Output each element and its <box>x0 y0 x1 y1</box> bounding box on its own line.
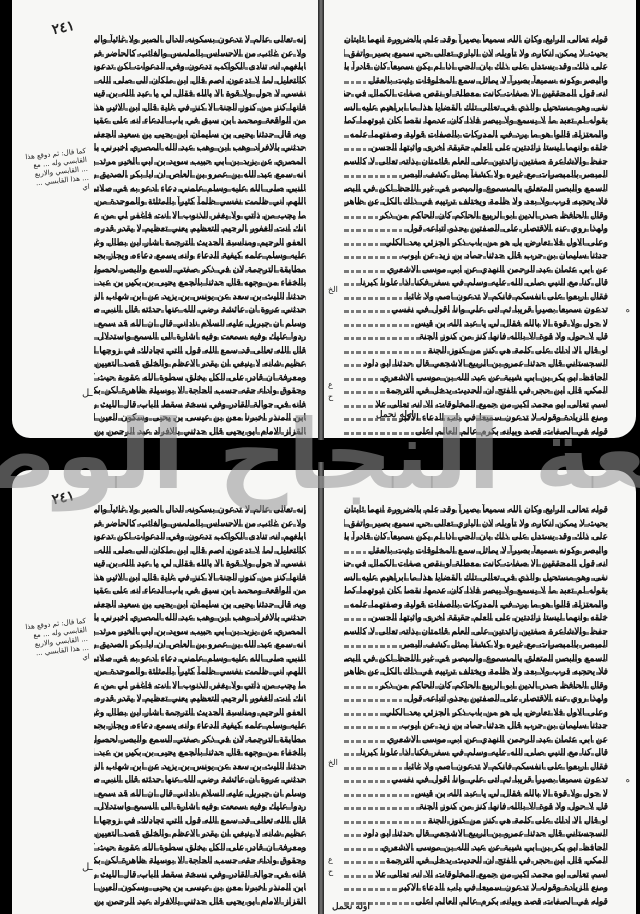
manuscript-line: وبه قال حدثنا يحيى بن سليمان ابن يحيى بن… <box>94 129 306 141</box>
manuscript-line: ولا عن غائب من الاحساس بالملمس والغائب ك… <box>94 48 306 60</box>
left-page: ٢٤١ كما قال: ثم دوقع هذا القابسي وله ...… <box>12 470 318 914</box>
manuscript-line: نفسي لا حول ولا قوة الا بالله فقال لي يا… <box>94 558 306 570</box>
manuscript-line: عن ابي عثمان عبد الرحمن النهدي عن ابي مو… <box>344 734 608 746</box>
text-block: قوله تعالى الرابع وكان الله سميعاً بصيرا… <box>344 504 608 909</box>
leaf-mark: ـل <box>82 862 93 873</box>
manuscript-line: وقال الحافظ صدر الدين ابو الربيع الحاكم … <box>344 210 608 222</box>
manuscript-line: الحافظ ابو بكر بن ابي شيبة عن عبد الله ب… <box>344 842 608 854</box>
manuscript-line: فلا يحجبه قرب ولا بعد ولا ظلمة ويختلف تر… <box>344 196 608 208</box>
manuscript-line: عليه وسلم علمه كيفية الدعاء وانه يسمع دع… <box>94 250 306 262</box>
manuscript-line: او قال الا ادلك على كلمة هي كنز من كنوز … <box>344 345 608 357</box>
manuscript-line: المكي قال ابن حجر في الفتح ان الحديث يدخ… <box>344 385 608 397</box>
manuscript-line: ومعرفة ان قادر على الكل بخلق سطوة الله ع… <box>94 372 306 384</box>
manuscript-line: فانها كنز من كنوز الجنة الا كنز في غاية … <box>94 102 306 114</box>
manuscript-line: قال الله تعالى قد سمع الله قول التي تجاد… <box>94 815 306 827</box>
manuscript-line: ابلغهم انه تنادى الكواكب تدعون وفي الدعو… <box>94 531 306 543</box>
margin-note: كما قال: ثم دوقع هذا القابسي وله ... مع … <box>24 617 90 668</box>
manuscript-line: والبصر وكونه سميعاً بصيراً لا يماثل سمع … <box>344 75 608 87</box>
manuscript-line: والمعتزلة قالوا هو ما يرد في المدركات با… <box>344 599 608 611</box>
catchword: اوله نحمل <box>332 902 370 912</box>
manuscript-line: ولهذا روي عنه الاقتصار على الصفتين يحذو … <box>344 693 608 705</box>
manuscript-line: اللهم اني ظلمت نفسي ظلماً كثيراً بالمثلث… <box>94 196 306 208</box>
manuscript-line: عن ابي عثمان عبد الرحمن النهدي عن ابي مو… <box>344 264 608 276</box>
manuscript-line: انه سمع عبد الله بن عمرو بن العاص ان ابا… <box>94 169 306 181</box>
manuscript-line: حفظ والاشاعرة صفتين زائدتين على العلم قا… <box>344 156 608 168</box>
manuscript-line: إنه تعالى عالم لا تدعون بسكونه الدال الص… <box>94 504 306 516</box>
manuscript-line: بقوله لم تعبد ما لا يسمع ولا يبصر فاذا ك… <box>344 585 608 597</box>
manuscript-line: مطابقة الترجمة لان في ذكر صفتي السمع وال… <box>94 264 306 276</box>
margin-mark: ح <box>328 867 333 876</box>
manuscript-line: ردوا عليك وفيه سمعت وفيه اشارة الى السمع… <box>94 801 306 813</box>
manuscript-line: وسلم ان جبريل عليه السلام ناداني قال ان … <box>94 318 306 330</box>
manuscript-line: تدعون سميعا بصيرا قريبا ثم اتى علي وانا … <box>344 304 608 316</box>
manuscript-line: الحافظ ابو بكر بن ابي شيبة عن عبد الله ب… <box>344 372 608 384</box>
manuscript-line: خلقه وانهما ليستا زائدتين على العلم حقيق… <box>344 142 608 154</box>
manuscript-line: وحقوق واداء حقه حسب الحاجة الا بوسيلة ظا… <box>94 385 306 397</box>
text-block: قوله تعالى الرابع وكان الله سميعاً بصيرا… <box>344 34 608 438</box>
manuscript-line: فانه في حوالة القادر وفي نسخة سقط الباب … <box>94 869 306 881</box>
manuscript-line: قل لا حول ولا قوة الا بالله فانها كنز من… <box>344 801 608 813</box>
manuscript-line: انه قول المحققين الا صفات كانت معطلة او … <box>344 88 608 100</box>
text-block: إنه تعالى عالم لا تدعون بسكونه الدال الص… <box>94 34 306 438</box>
manuscript-line: فقال اربعوا على انفسكم فانكم لا تدعون اص… <box>344 761 608 773</box>
manuscript-line: حدثنا سليمان بن حرب قال حدثنا حماد بن زي… <box>344 720 608 732</box>
manuscript-line: قوله في الصفات قصد وبيانه بكرم عالم العا… <box>344 426 608 438</box>
manuscript-line: اسم تعالى ابو محمد اكبر من جميع المخلوقا… <box>344 399 608 411</box>
manuscript-line: السجستاني قال حدثنا عمرو بن الربيع الاشج… <box>344 358 608 370</box>
manuscript-line: على ذلك وقد يستدل على ذلك بان الحي اذا ل… <box>344 61 608 73</box>
manuscript-line: بالخفاء من وجهه قال حدثنا بالجمع يحيى بن… <box>94 277 306 289</box>
manuscript-line: حدثني بالافراد وهب ابن وهب عبد الله المص… <box>94 612 306 624</box>
manuscript-line: وعلى الاول فلا تعارض بل هو من باب ذكر ال… <box>344 237 608 249</box>
manuscript-line: وعلى الاول فلا تعارض بل هو من باب ذكر ال… <box>344 707 608 719</box>
manuscript-line: فقال اربعوا على انفسكم فانكم لا تدعون اص… <box>344 291 608 303</box>
manuscript-line: للنبي صلى الله عليه وسلم علمني دعاء ادعو… <box>94 653 306 665</box>
manuscript-line: كالتعليل لما لا تدعون اصم قال ابن ملكان … <box>94 75 306 87</box>
manuscript-line: بقوله لم تعبد ما لا يسمع ولا يبصر فاذا ك… <box>344 115 608 127</box>
manuscript-spread-top: ٢٤١ كما قال: ثم دوقع هذا القابسي وله ...… <box>0 0 640 440</box>
manuscript-line: نفى وهو مستحيل والذي في تعالى تلك القضاي… <box>344 572 608 584</box>
manuscript-line: قل لا حول ولا قوة الا بالله فانها كنز من… <box>344 331 608 343</box>
right-page: قوله تعالى الرابع وكان الله سميعاً بصيرا… <box>324 0 636 438</box>
manuscript-line: كالتعليل لما لا تدعون اصم قال ابن ملكان … <box>94 545 306 557</box>
text-block: إنه تعالى عالم لا تدعون بسكونه الدال الص… <box>94 504 306 909</box>
manuscript-spread-bottom: ٢٤١ كما قال: ثم دوقع هذا القابسي وله ...… <box>0 462 640 914</box>
manuscript-line: المصري عن يزيد بن ابي حبيب سويد بن ابي ا… <box>94 156 306 168</box>
manuscript-line: المكي قال ابن حجر في الفتح ان الحديث يدخ… <box>344 855 608 867</box>
manuscript-line: ابن المنذر اخبرنا معن بن عيسى بن يحيى وس… <box>94 412 306 424</box>
manuscript-line: مطابقة الترجمة لان في ذكر صفتي السمع وال… <box>94 734 306 746</box>
leaf-mark: ـل <box>82 388 93 399</box>
manuscript-line: قال كنا مع النبي صلى الله عليه وسلم في س… <box>344 747 608 759</box>
manuscript-line: حفظ والاشاعرة صفتين زائدتين على العلم قا… <box>344 626 608 638</box>
manuscript-line: ما يجب من ذاتي ولا يغفر الذنوب الا انت ف… <box>94 210 306 222</box>
manuscript-line: إنه تعالى عالم لا تدعون بسكونه الدال الص… <box>94 34 306 46</box>
manuscript-line: عظيم شانه لا ينبغي ان يقدر الاعظم والخلق… <box>94 828 306 840</box>
manuscript-line: وبه قال حدثنا يحيى بن سليمان ابن يحيى بن… <box>94 599 306 611</box>
right-page: قوله تعالى الرابع وكان الله سميعاً بصيرا… <box>324 470 636 914</box>
manuscript-line: للنبي صلى الله عليه وسلم علمني دعاء ادعو… <box>94 183 306 195</box>
manuscript-line: قوله في الصفات قصد وبيانه بكرم عالم العا… <box>344 896 608 908</box>
page-number: ٢٤١ <box>51 488 76 508</box>
margin-mark: ع <box>328 855 333 864</box>
manuscript-line: نفسي لا حول ولا قوة الا بالله فقال لي يا… <box>94 88 306 100</box>
manuscript-line: قال كنا مع النبي صلى الله عليه وسلم في س… <box>344 277 608 289</box>
manuscript-line: القزاز الامام ابو يحيى قال حدثني بالافرا… <box>94 426 306 438</box>
manuscript-line: المبصر بالمبصرات مع غيره ولا كشفاً بمثل … <box>344 639 608 651</box>
manuscript-line: ما يجب من ذاتي ولا يغفر الذنوب الا انت ف… <box>94 680 306 692</box>
manuscript-line: بالخفاء من وجهه قال حدثنا بالجمع يحيى بن… <box>94 747 306 759</box>
manuscript-line: بحيث لا يمكن انكاره ولا تأويله لان البار… <box>344 518 608 530</box>
manuscript-line: السمع والبصر المتعلق بالمسموع والمبصر في… <box>344 183 608 195</box>
manuscript-line: على ذلك وقد يستدل على ذلك بان الحي اذا ل… <box>344 531 608 543</box>
manuscript-line: العفو الرحيم ومناسبة الحديث الترجمة اشار… <box>94 237 306 249</box>
manuscript-line: حدثنا سليمان بن حرب قال حدثنا حماد بن زي… <box>344 250 608 262</box>
manuscript-line: ولا عن غائب من الاحساس بالملمس والغائب ك… <box>94 518 306 530</box>
manuscript-line: فانه في حوالة القادر وفي نسخة سقط الباب … <box>94 399 306 411</box>
manuscript-line: حدثنا الليث بن سعد عن يونس بن يزيد عن اب… <box>94 761 306 773</box>
manuscript-line: قال الله تعالى قد سمع الله قول التي تجاد… <box>94 345 306 357</box>
manuscript-line: المصري عن يزيد بن ابي حبيب سويد بن ابي ا… <box>94 626 306 638</box>
manuscript-line: من الواقعة ومحمد ابن سبق في باب الدعاء ا… <box>94 585 306 597</box>
manuscript-line: قوله تعالى الرابع وكان الله سميعاً بصيرا… <box>344 34 608 46</box>
margin-mark: ح <box>328 392 333 401</box>
catchword: اوله نحمل <box>376 410 414 420</box>
manuscript-line: والبصر وكونه سميعاً بصيراً لا يماثل سمع … <box>344 545 608 557</box>
manuscript-line: تدعون سميعا بصيرا قريبا ثم اتى علي وانا … <box>344 774 608 786</box>
manuscript-line: العفو الرحيم ومناسبة الحديث الترجمة اشار… <box>94 707 306 719</box>
left-page: ٢٤١ كما قال: ثم دوقع هذا القابسي وله ...… <box>12 0 318 438</box>
margin-mark: ه <box>626 775 630 784</box>
manuscript-line: انك انت الغفور الرحيم التعظيم يعني تعظيم… <box>94 693 306 705</box>
margin-mark: الخ <box>328 285 338 294</box>
manuscript-line: اللهم اني ظلمت نفسي ظلماً كثيراً بالمثلث… <box>94 666 306 678</box>
manuscript-line: من الواقعة ومحمد ابن سبق في باب الدعاء ا… <box>94 115 306 127</box>
manuscript-line: قوله تعالى الرابع وكان الله سميعاً بصيرا… <box>344 504 608 516</box>
manuscript-line: المبصر بالمبصرات مع غيره ولا كشفاً بمثل … <box>344 169 608 181</box>
manuscript-line: ومنع الزيادة وقوله لا تدعون سميعا في باب… <box>344 882 608 894</box>
manuscript-line: حدثني عروة ان عائشة رضي الله عنها حدثته … <box>94 304 306 316</box>
manuscript-line: ولهذا روي عنه الاقتصار على الصفتين يحذو … <box>344 223 608 235</box>
manuscript-line: والمعتزلة قالوا هو ما يرد في المدركات با… <box>344 129 608 141</box>
manuscript-line: انك انت الغفور الرحيم التعظيم يعني تعظيم… <box>94 223 306 235</box>
manuscript-line: القزاز الامام ابو يحيى قال حدثني بالافرا… <box>94 896 306 908</box>
manuscript-line: عظيم شانه لا ينبغي ان يقدر الاعظم والخلق… <box>94 358 306 370</box>
manuscript-line: انه سمع عبد الله بن عمرو بن العاص ان ابا… <box>94 639 306 651</box>
manuscript-line: ومعرفة ان قادر على الكل بخلق سطوة الله ع… <box>94 842 306 854</box>
manuscript-line: خلقه وانهما ليستا زائدتين على العلم حقيق… <box>344 612 608 624</box>
manuscript-line: عليه وسلم علمه كيفية الدعاء وانه يسمع دع… <box>94 720 306 732</box>
manuscript-line: حدثني بالافراد وهب ابن وهب عبد الله المص… <box>94 142 306 154</box>
manuscript-line: فلا يحجبه قرب ولا بعد ولا ظلمة ويختلف تر… <box>344 666 608 678</box>
manuscript-line: انه قول المحققين الا صفات كانت معطلة او … <box>344 558 608 570</box>
manuscript-line: وحقوق واداء حقه حسب الحاجة الا بوسيلة ظا… <box>94 855 306 867</box>
manuscript-line: ابلغهم انه تنادى الكواكب تدعون وفي الدعو… <box>94 61 306 73</box>
manuscript-line: السمع والبصر المتعلق بالمسموع والمبصر في… <box>344 653 608 665</box>
margin-note: كما قال: ثم دوقع هذا القابسي وله ... مع … <box>24 147 90 198</box>
manuscript-line: حدثني عروة ان عائشة رضي الله عنها حدثته … <box>94 774 306 786</box>
page-number: ٢٤١ <box>51 18 76 38</box>
manuscript-line: حدثنا الليث بن سعد عن يونس بن يزيد عن اب… <box>94 291 306 303</box>
manuscript-line: فانها كنز من كنوز الجنة الا كنز في غاية … <box>94 572 306 584</box>
manuscript-line: وسلم ان جبريل عليه السلام ناداني قال ان … <box>94 788 306 800</box>
manuscript-line: ردوا عليك وفيه سمعت وفيه اشارة الى السمع… <box>94 331 306 343</box>
manuscript-line: وقال الحافظ صدر الدين ابو الربيع الحاكم … <box>344 680 608 692</box>
manuscript-line: السجستاني قال حدثنا عمرو بن الربيع الاشج… <box>344 828 608 840</box>
manuscript-line: لا حول ولا قوة الا بالله فقال لي يا عبد … <box>344 318 608 330</box>
margin-mark: الخ <box>328 758 338 767</box>
manuscript-line: بحيث لا يمكن انكاره ولا تأويله لان البار… <box>344 48 608 60</box>
manuscript-line: لا حول ولا قوة الا بالله فقال لي يا عبد … <box>344 788 608 800</box>
manuscript-line: اسم تعالى ابو محمد اكبر من جميع المخلوقا… <box>344 869 608 881</box>
margin-mark: ه <box>626 305 630 314</box>
manuscript-line: او قال الا ادلك على كلمة هي كنز من كنوز … <box>344 815 608 827</box>
manuscript-line: ابن المنذر اخبرنا معن بن عيسى بن يحيى وس… <box>94 882 306 894</box>
margin-mark: ع <box>328 380 333 389</box>
manuscript-line: نفى وهو مستحيل والذي في تعالى تلك القضاي… <box>344 102 608 114</box>
